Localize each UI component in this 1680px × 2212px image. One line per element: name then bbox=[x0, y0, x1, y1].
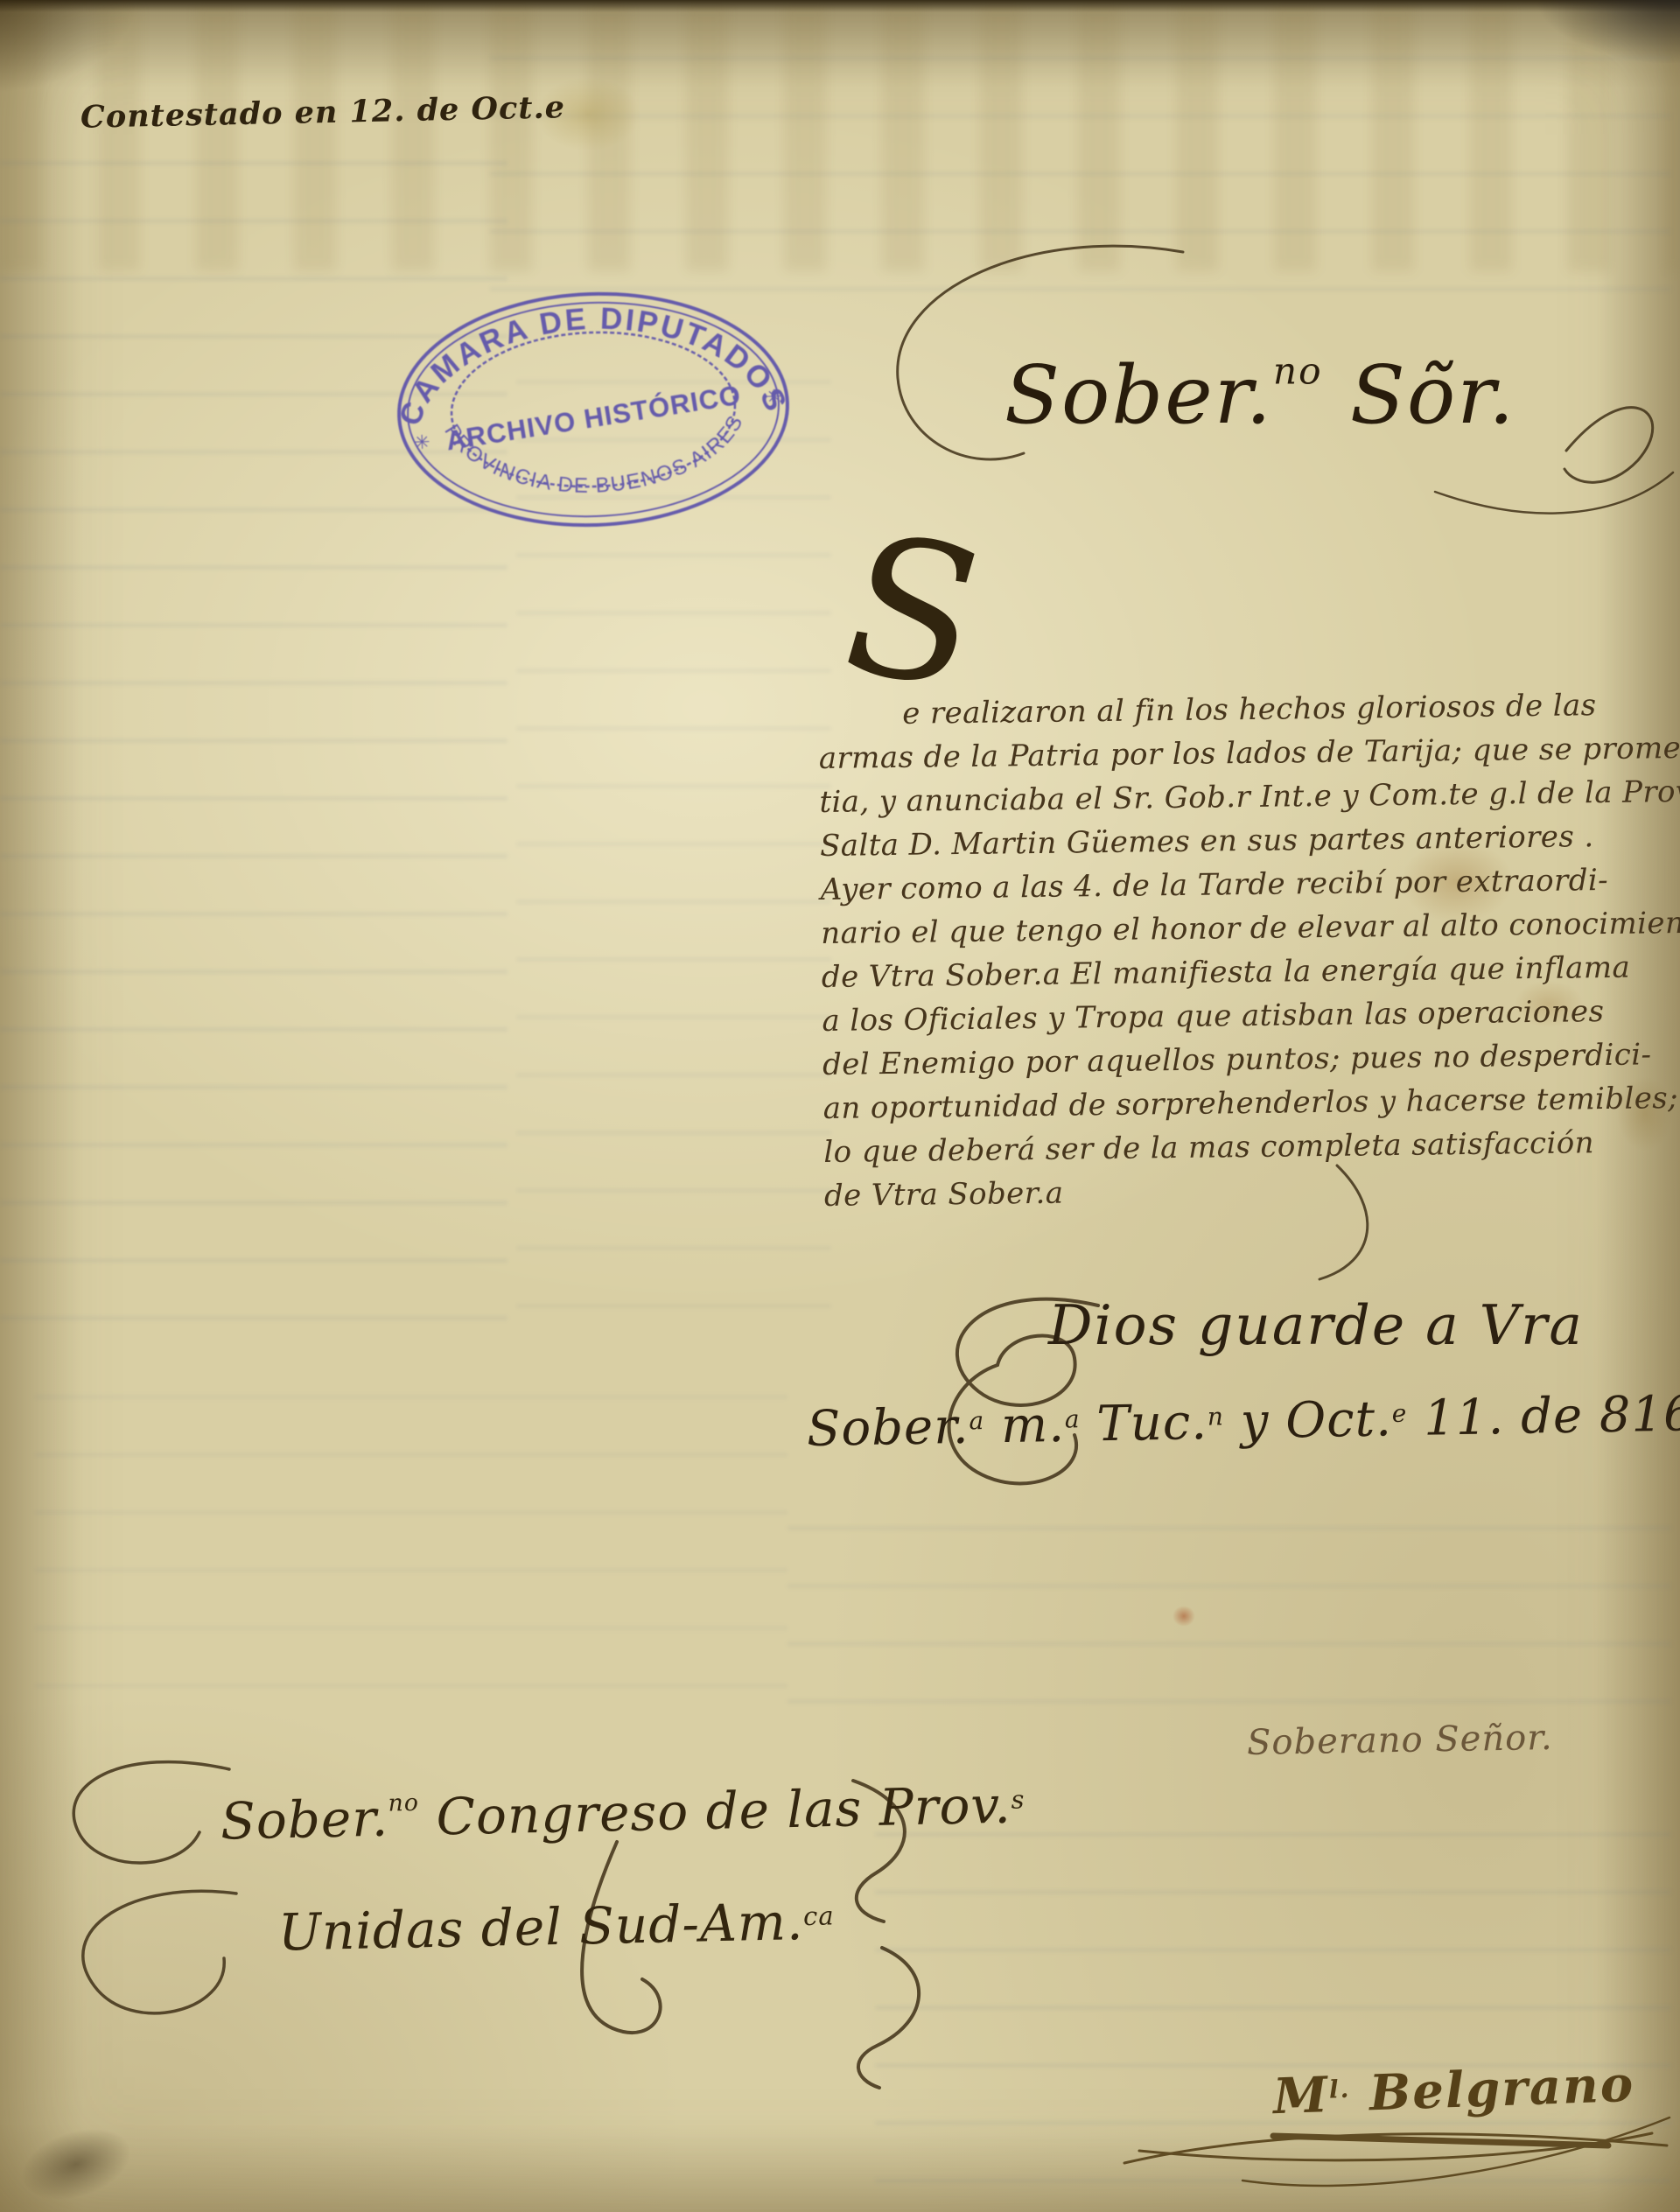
closing-superscript: a bbox=[969, 1406, 984, 1435]
flourish bbox=[73, 1762, 229, 1863]
closing-superscript: a bbox=[1065, 1404, 1081, 1433]
address-superscript: ca bbox=[803, 1900, 835, 1931]
address-word: Unidas del Sud-Am. bbox=[277, 1892, 804, 1963]
honorific: Soberano Señor. bbox=[1247, 1718, 1553, 1763]
stain bbox=[1172, 1606, 1195, 1627]
address-word: Sober. bbox=[220, 1788, 388, 1851]
flourish bbox=[1564, 408, 1653, 483]
address-line-2: Unidas del Sud-Am.ca bbox=[277, 1891, 835, 1962]
signature-rubric bbox=[1124, 2117, 1669, 2186]
flourish bbox=[858, 1948, 919, 2088]
salutation-word: Sober. bbox=[1004, 348, 1273, 442]
closing-line-2: Sober.a m.a Tuc.n y Oct.e 11. de 816. bbox=[807, 1385, 1680, 1458]
closing-line-1: Dios guarde a Vra bbox=[1048, 1293, 1584, 1357]
flourish bbox=[1435, 472, 1673, 514]
body-paragraph: e realizaron al fin los hechos gloriosos… bbox=[818, 687, 1680, 1222]
signature: Ml. Belgrano bbox=[1272, 2055, 1635, 2125]
address-superscript: no bbox=[388, 1789, 419, 1817]
body-line: de Vtra Sober.a bbox=[824, 1168, 1680, 1222]
salutation: Sober.no Sõr. bbox=[1004, 348, 1515, 442]
corner-shadow-top-right bbox=[1536, 0, 1680, 63]
signature-surname: Belgrano bbox=[1349, 2055, 1635, 2123]
bleedthrough-zone bbox=[875, 1785, 1671, 2196]
paper-streaks bbox=[0, 0, 1680, 271]
page-top-edge bbox=[0, 0, 1680, 12]
closing-word: y Oct. bbox=[1223, 1390, 1392, 1450]
star-icon: ✳ bbox=[766, 386, 782, 409]
corner-shadow-top-left bbox=[0, 0, 138, 94]
drop-cap-initial: S bbox=[839, 507, 985, 718]
stain bbox=[12, 2116, 141, 2212]
manuscript-page: Contestado en 12. de Oct.e CAMARA DE DIP… bbox=[0, 0, 1680, 2212]
address-line-1: Sober.no Congreso de las Prov.s bbox=[220, 1774, 1025, 1851]
closing-superscript: e bbox=[1391, 1399, 1407, 1428]
closing-superscript: n bbox=[1207, 1402, 1225, 1431]
salutation-word-2: Sõr. bbox=[1323, 348, 1516, 442]
address-superscript: s bbox=[1011, 1784, 1025, 1814]
bleedthrough-zone bbox=[490, 9, 1671, 297]
signature-initial: M bbox=[1272, 2066, 1330, 2125]
closing-word: m. bbox=[984, 1396, 1066, 1455]
bleedthrough-zone bbox=[35, 1347, 787, 1724]
flourish bbox=[83, 1891, 236, 2013]
bleedthrough-zone bbox=[787, 1479, 1671, 1724]
salutation-superscript: no bbox=[1273, 350, 1323, 393]
archive-stamp: CAMARA DE DIPUTADOS PROVINCIA DE BUENOS … bbox=[388, 280, 798, 539]
closing-date: 11. de 816. bbox=[1407, 1385, 1680, 1447]
archival-annotation: Contestado en 12. de Oct.e bbox=[80, 89, 566, 136]
address-word: Congreso de las Prov. bbox=[418, 1775, 1011, 1847]
star-icon: ✳ bbox=[414, 432, 430, 455]
closing-word: Tuc. bbox=[1080, 1394, 1208, 1453]
signature-superscript: l. bbox=[1328, 2075, 1351, 2104]
closing-word: Sober. bbox=[807, 1398, 970, 1458]
